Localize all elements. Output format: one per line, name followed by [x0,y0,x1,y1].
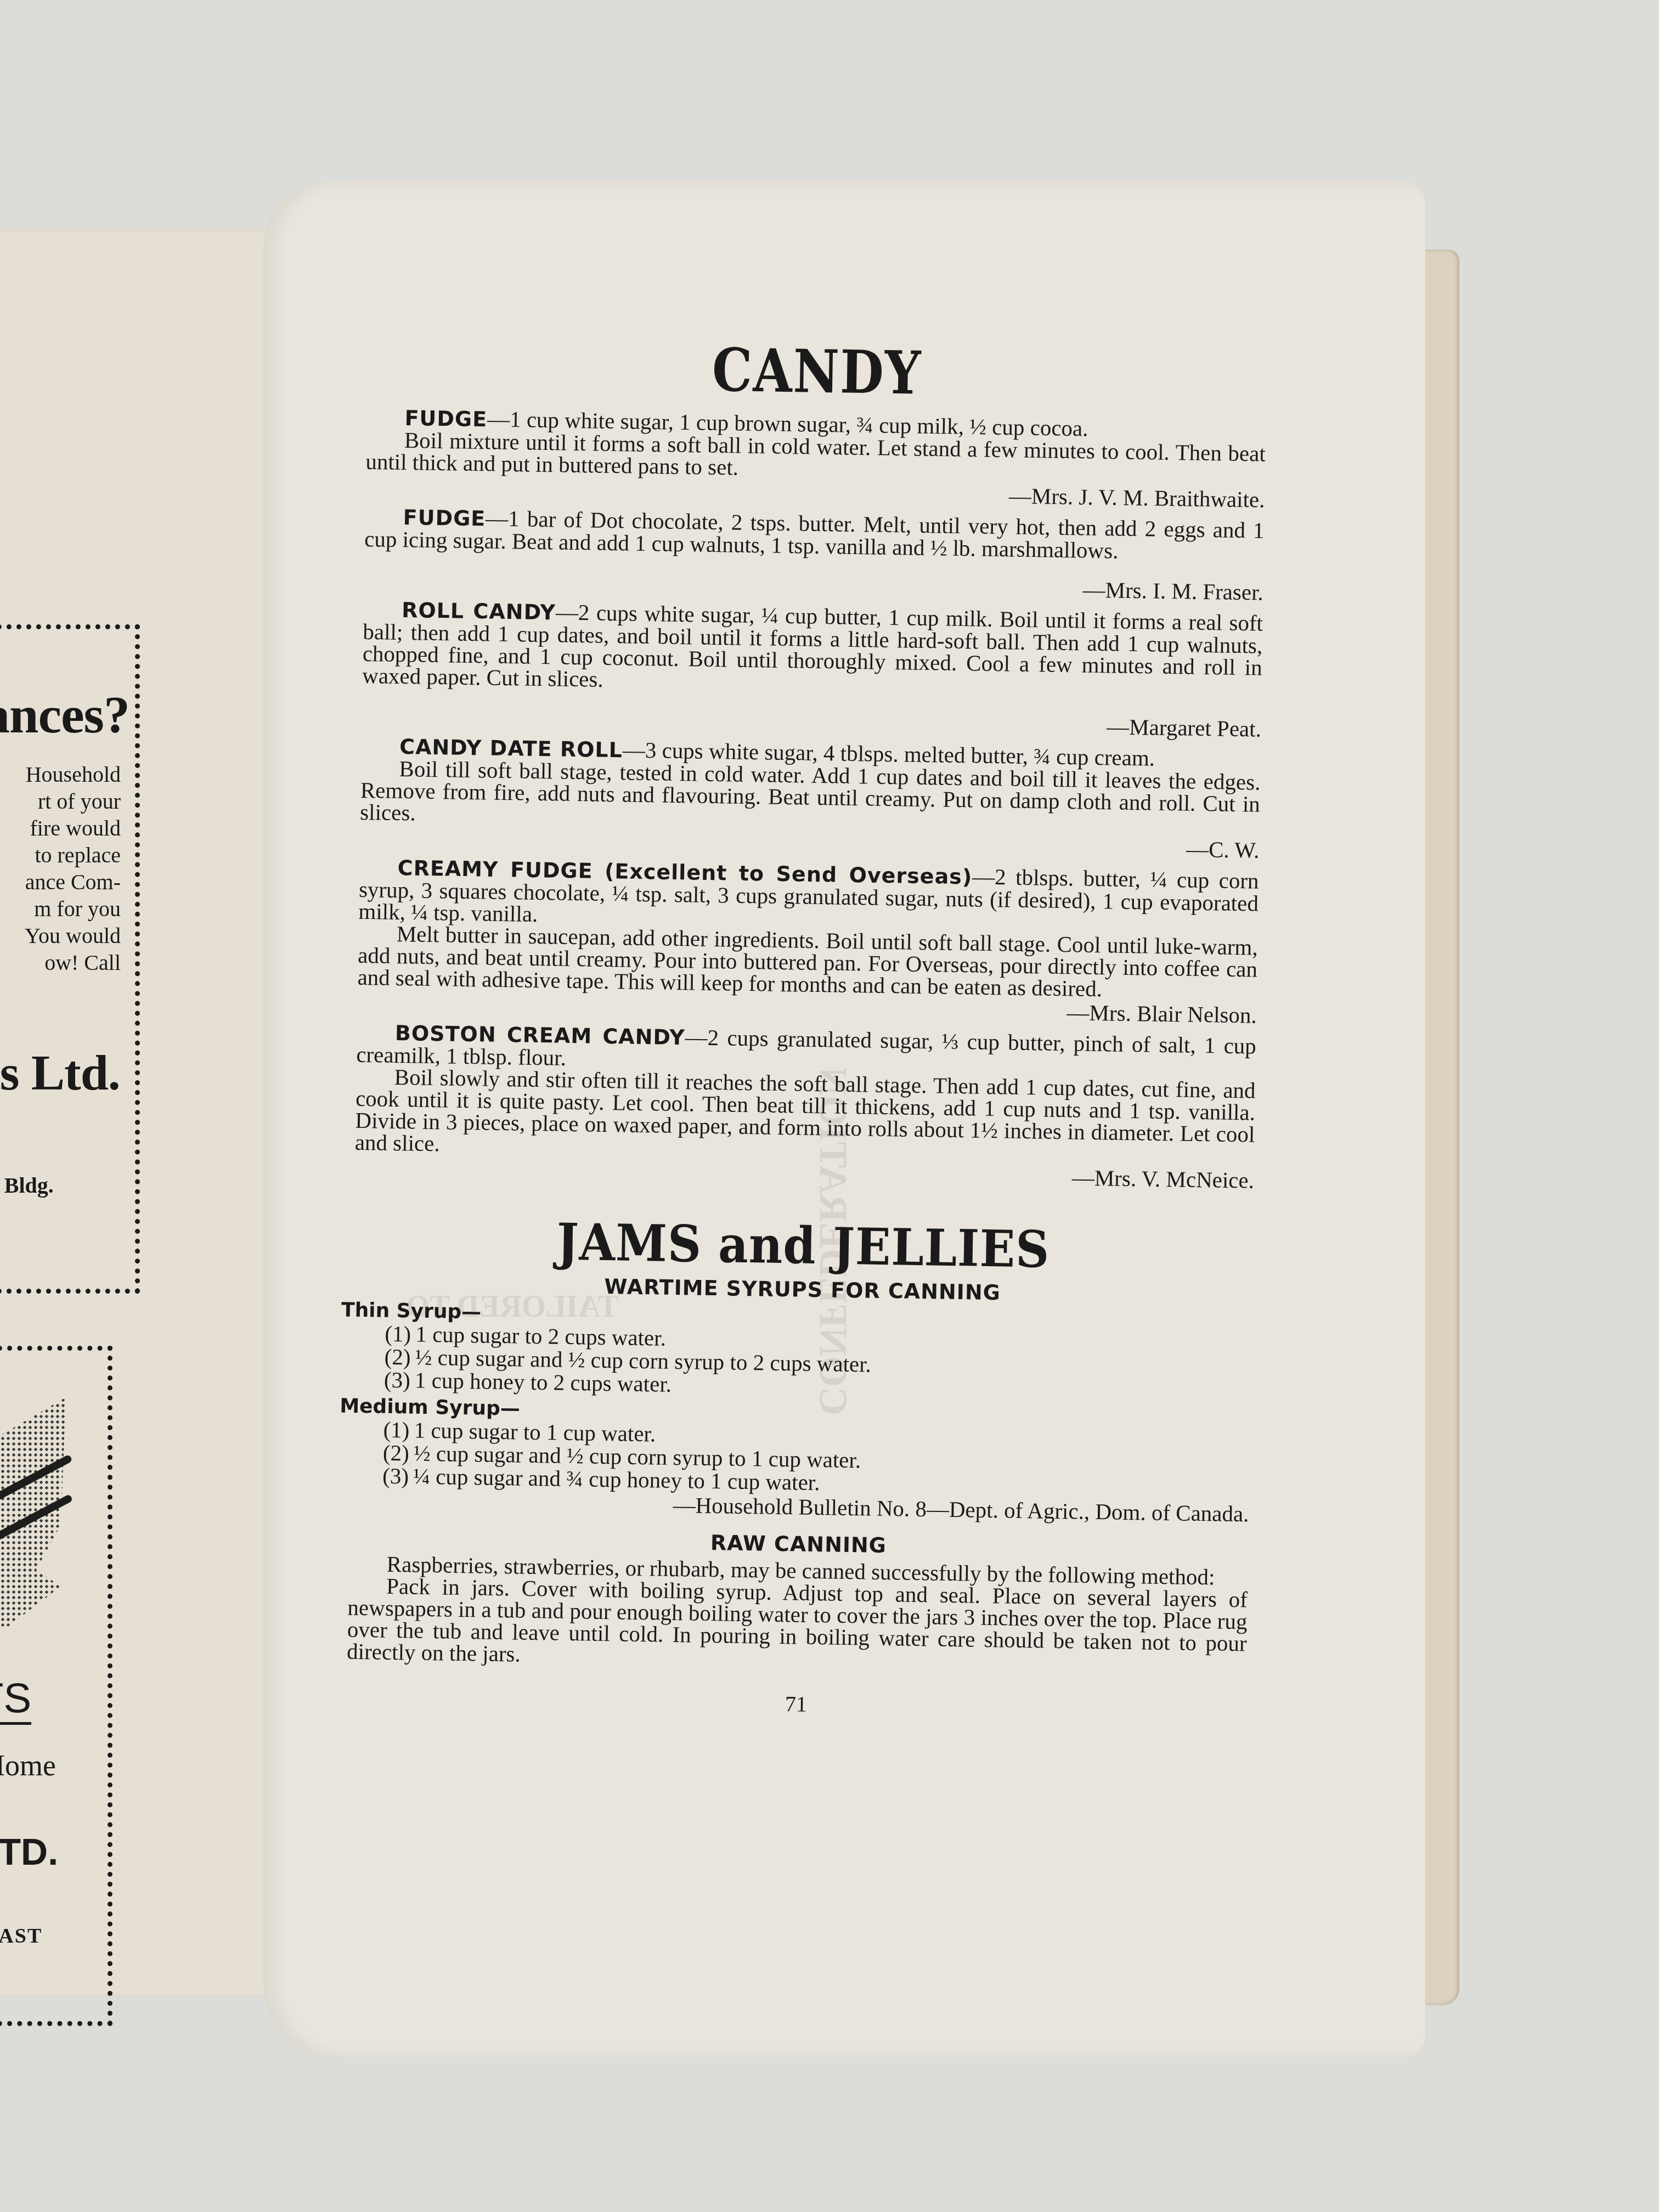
section-title-jams: JAMS and JELLIES [389,1212,1217,1280]
ad-body-line: m for you [0,895,121,922]
recipe-method: Melt butter in saucepan, add other ingre… [357,922,1258,1002]
item-number: (2) [383,1441,414,1465]
recipe: ROLL CANDY—2 cups white sugar, ¼ cup but… [362,598,1263,741]
section-title-candy: CANDY [434,336,1200,408]
item-number: (1) [383,1418,414,1442]
recipe-method: Boil till soft ball stage, tested in col… [360,757,1261,837]
recipe: CANDY DATE ROLL—3 cups white sugar, 4 tb… [359,735,1261,862]
item-number: (1) [385,1322,416,1346]
page-stack-edge [1421,250,1459,2005]
insurance-advertisement: ances? Household rt of your fire would t… [0,624,140,1294]
store-advertisement: TS Home 1 LTD. R EAST [0,1346,112,2026]
ad-body-line: to replace [0,842,121,868]
ad-headline: ances? [0,684,129,745]
recipe-method: Boil slowly and stir often till it reach… [355,1065,1256,1167]
recipe: FUDGE—1 bar of Dot chocolate, 2 tsps. bu… [364,505,1265,605]
ad-line: EAST [0,1924,42,1948]
recipe: FUDGE—1 cup white sugar, 1 cup brown sug… [365,406,1266,512]
ad-body-line: fire would [0,815,121,842]
ad-line: Home [0,1748,56,1782]
ad-body-line: ow! Call [0,949,121,976]
item-number: (2) [384,1345,415,1369]
recipe: CREAMY FUDGE (Excellent to Send Overseas… [357,856,1259,1028]
ad-body-line: Household [0,761,121,788]
ad-address: ks Bldg. [0,1172,54,1198]
page-content: CANDY FUDGE—1 cup white sugar, 1 cup bro… [346,335,1267,1724]
ad-company-name: es Ltd. [0,1043,120,1102]
item-number: (3) [384,1368,415,1392]
raw-canning-text: Raspberries, strawberries, or rhubarb, m… [347,1553,1248,1677]
recipe: BOSTON CREAM CANDY—2 cups granulated sug… [354,1021,1256,1193]
item-number: (3) [382,1464,414,1488]
ad-body-line: ance Com- [0,868,121,895]
ad-body-line: rt of your [0,788,121,815]
ad-company-name: LTD. [0,1831,58,1874]
paragraph: Pack in jars. Cover with boiling syrup. … [347,1575,1248,1677]
left-page: ances? Household rt of your fire would t… [0,229,299,1997]
ad-body-line: You would [0,922,121,949]
ad-heading: TS [0,1674,31,1725]
item-text: 1 cup honey to 2 cups water. [415,1368,672,1397]
